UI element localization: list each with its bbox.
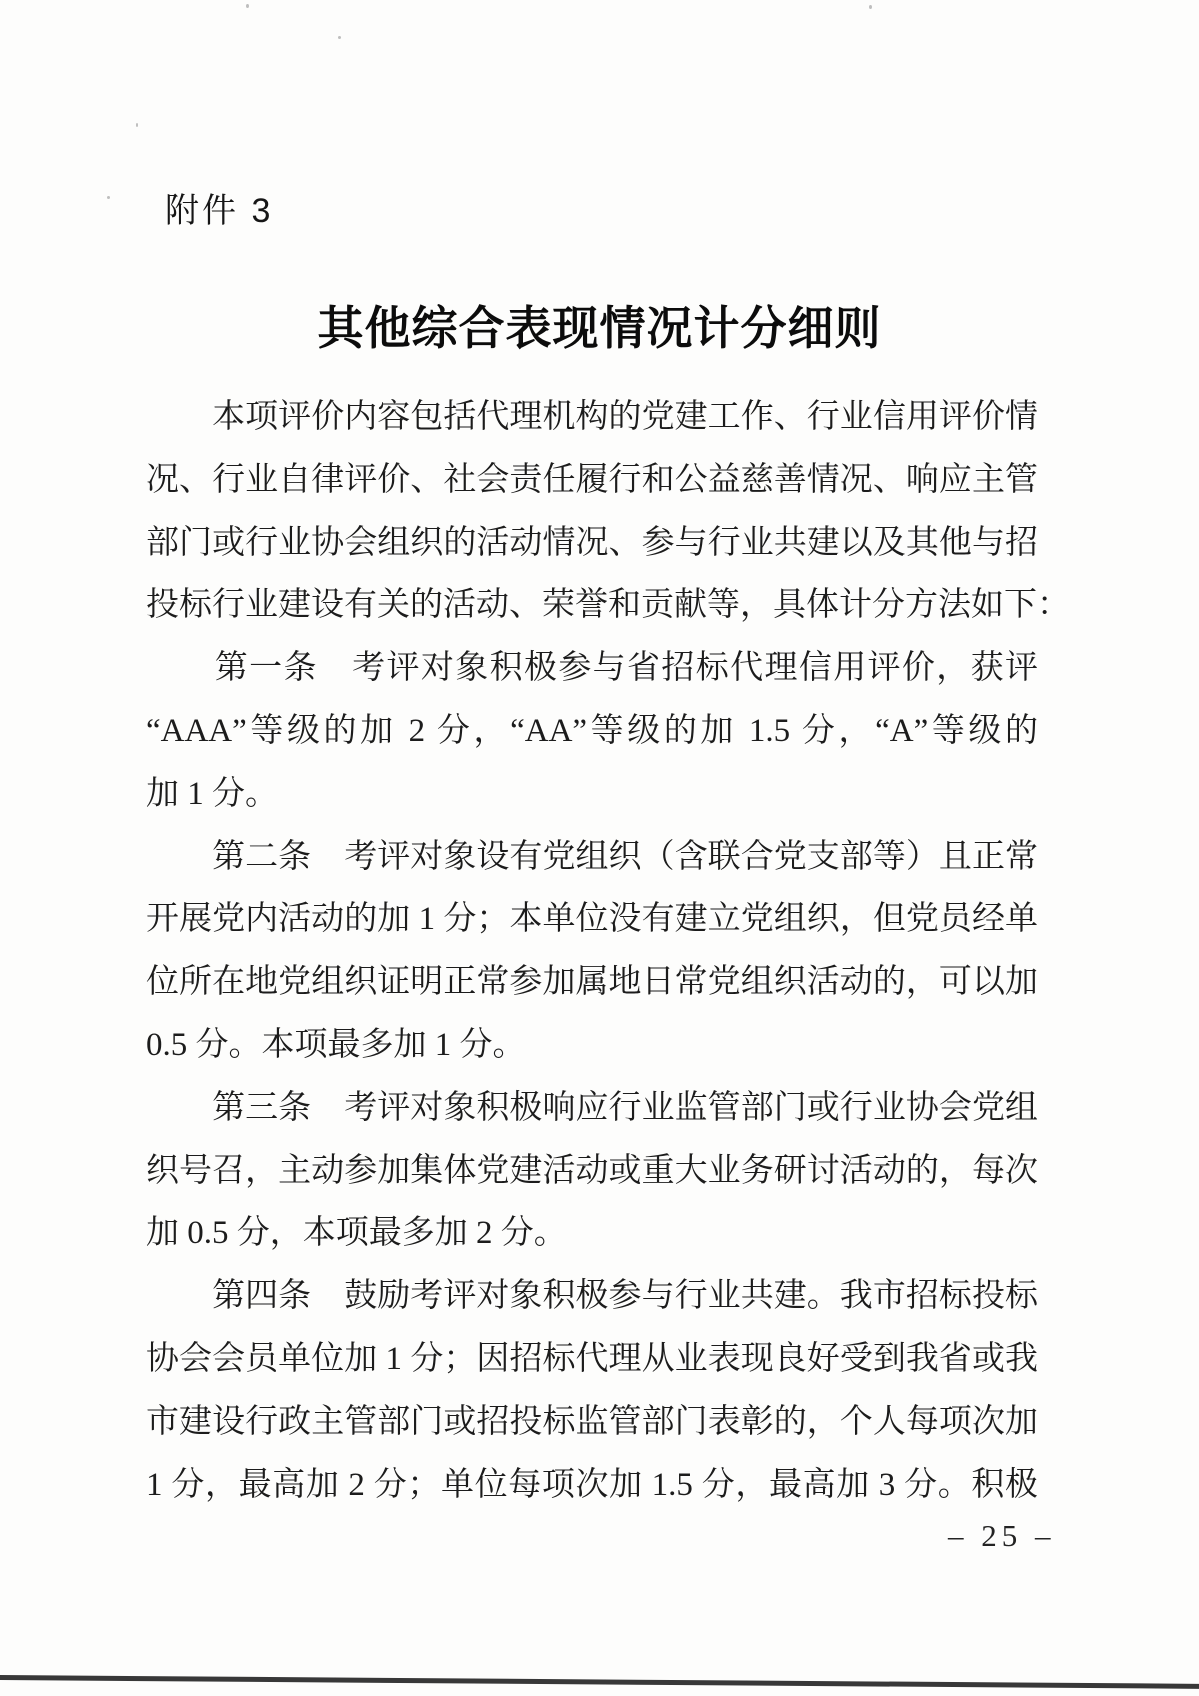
attachment-label: 附件 3 [165,183,273,232]
scan-speck [869,5,872,9]
body-line: 第三条 考评对象积极响应行业监管部门或行业协会党组 [146,1077,1038,1140]
body-line: 1 分，最高加 2 分；单位每项次加 1.5 分，最高加 3 分。积极 [146,1454,1038,1517]
page-number: – 25 – [948,1518,1056,1554]
body-line: 协会会员单位加 1 分；因招标代理从业表现良好受到我省或我 [146,1328,1038,1391]
body-line: 位所在地党组织证明正常参加属地日常党组织活动的，可以加 [146,951,1038,1014]
document-page: 附件 3 其他综合表现情况计分细则 本项评价内容包括代理机构的党建工作、行业信用… [0,0,1199,1696]
body-line: 0.5 分。本项最多加 1 分。 [146,1014,1038,1077]
body-line: 第二条 考评对象设有党组织（含联合党支部等）且正常 [146,826,1038,889]
scan-edge-artifact [0,1675,1199,1689]
body-line: “AAA”等级的加 2 分，“AA”等级的加 1.5 分，“A”等级的 [146,700,1038,763]
body-line: 市建设行政主管部门或招投标监管部门表彰的，个人每项次加 [146,1391,1038,1454]
body-line: 加 0.5 分，本项最多加 2 分。 [146,1202,1038,1265]
scan-speck [136,123,138,127]
body-line: 投标行业建设有关的活动、荣誉和贡献等，具体计分方法如下： [146,574,1038,637]
body-line: 第一条 考评对象积极参与省招标代理信用评价，获评 [146,637,1038,700]
body-line: 开展党内活动的加 1 分；本单位没有建立党组织，但党员经单 [146,888,1038,951]
body-line: 加 1 分。 [146,763,1038,826]
body-line: 织号召，主动参加集体党建活动或重大业务研讨活动的，每次 [146,1140,1038,1203]
scan-speck [338,36,341,39]
body-line: 部门或行业协会组织的活动情况、参与行业共建以及其他与招 [146,512,1038,575]
scan-speck [246,4,249,8]
scan-speck [107,196,110,199]
body-line: 况、行业自律评价、社会责任履行和公益慈善情况、响应主管 [146,449,1038,512]
body-line: 第四条 鼓励考评对象积极参与行业共建。我市招标投标 [146,1265,1038,1328]
body-line: 本项评价内容包括代理机构的党建工作、行业信用评价情 [146,386,1038,449]
document-body: 本项评价内容包括代理机构的党建工作、行业信用评价情 况、行业自律评价、社会责任履… [146,386,1038,1516]
document-title: 其他综合表现情况计分细则 [0,292,1199,358]
